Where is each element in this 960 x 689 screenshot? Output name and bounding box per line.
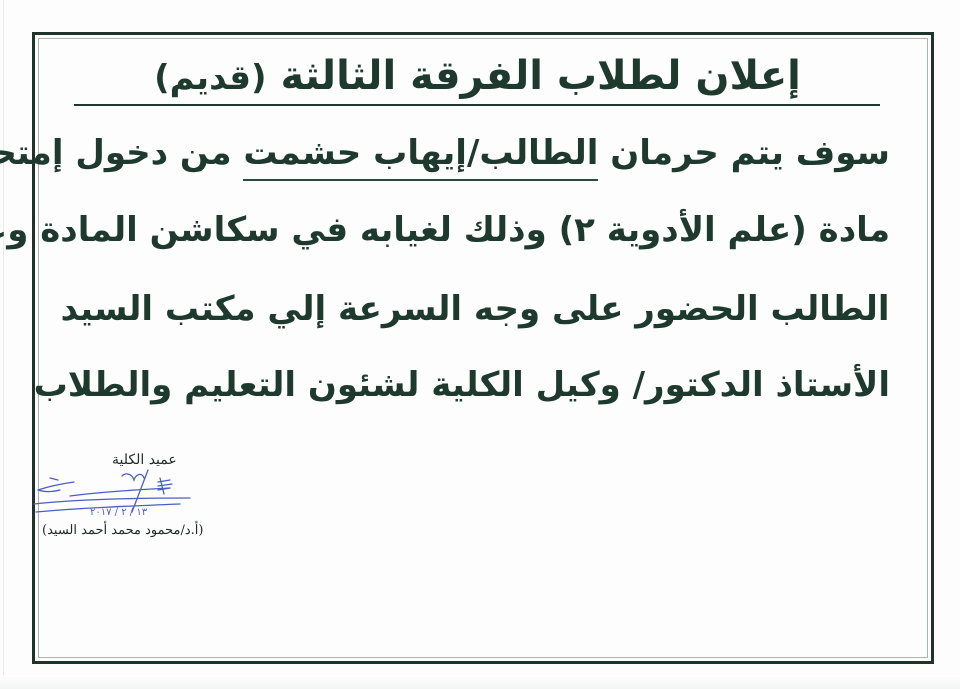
title-underline [74, 104, 880, 106]
scan-bottom-shade [0, 675, 960, 689]
signature-date: ١٣ / ٢ / ٢٠١٧ [90, 507, 147, 518]
body-line-2: مادة (علم الأدوية ٢) وذلك لغيابه في سكاش… [60, 205, 890, 255]
signatory-name: (أ.د/محمود محمد أحمد السيد) [42, 523, 203, 538]
announcement-title: إعلان لطلاب الفرقة الثالثة (قديم) [70, 48, 885, 106]
body-line-4: الأستاذ الدكتور/ وكيل الكلية لشئون التعل… [60, 360, 890, 410]
title-main: إعلان لطلاب الفرقة الثالثة [280, 53, 800, 99]
title-qualifier: (قديم) [154, 58, 266, 98]
document-frame [32, 32, 934, 664]
signatory-role: عميد الكلية [112, 452, 177, 468]
student-name: الطالب/إيهاب حشمت [243, 133, 598, 181]
scan-edge [3, 0, 4, 689]
line-1-before-name: سوف يتم حرمان [598, 133, 890, 173]
body-line-1: سوف يتم حرمان الطالب/إيهاب حشمت من دخول … [60, 128, 890, 178]
body-line-3: الطالب الحضور على وجه السرعة إلي مكتب ال… [60, 284, 890, 334]
signature-block: عميد الكلية ١٣ / ٢ / ٢٠١٧ (أ.د/محمود محم… [30, 450, 250, 550]
line-1-after-name: من دخول إمتحان [0, 133, 243, 173]
